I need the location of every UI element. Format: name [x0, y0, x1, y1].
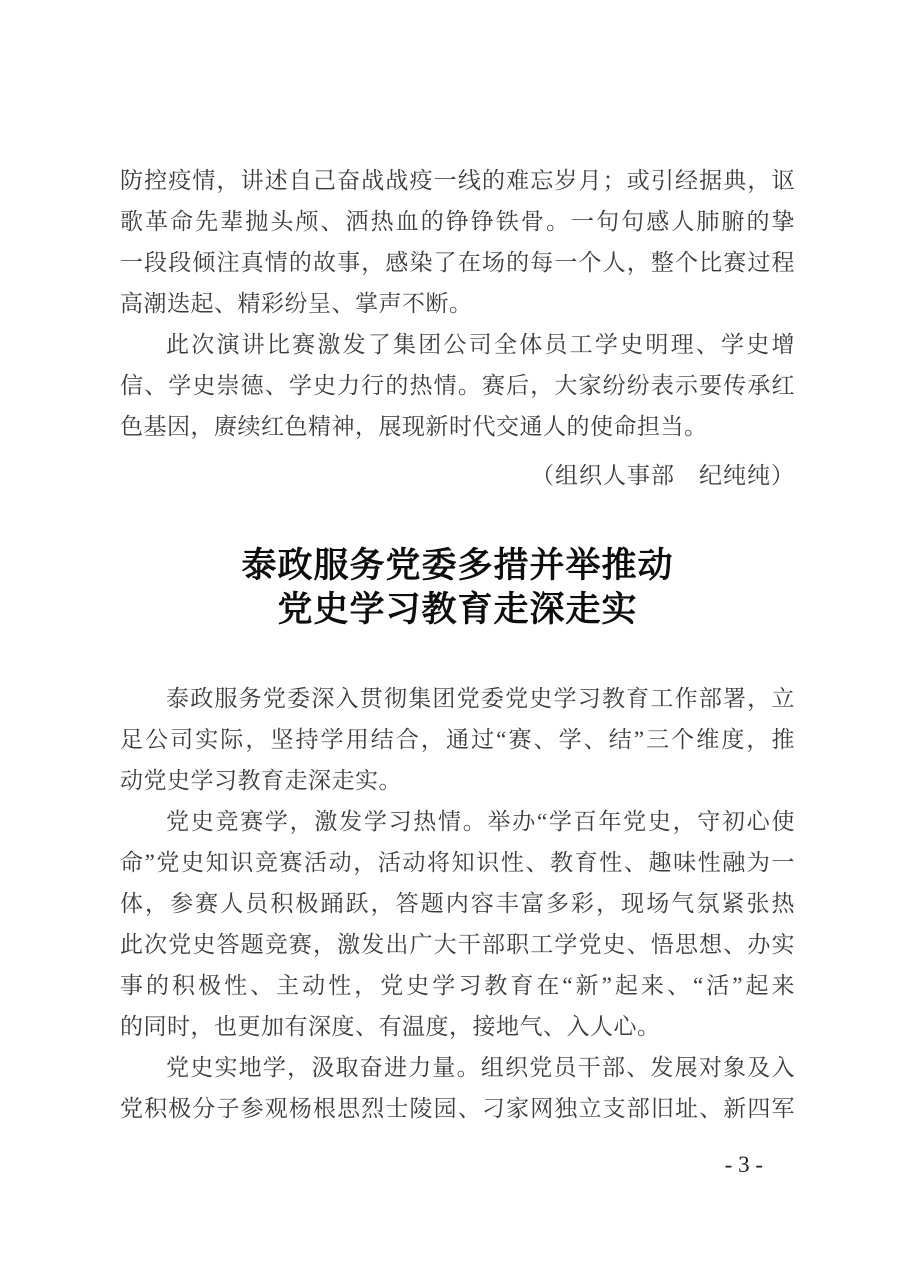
article-title-line: 泰政服务党委多措并举推动 — [120, 544, 795, 588]
document-page: 防控疫情，讲述自己奋战战疫一线的难忘岁月；或引经据典，讴歌革命先辈抛头颅、洒热血… — [0, 0, 900, 1273]
page-number: - 3 - — [725, 1152, 763, 1177]
paragraph: 党史实地学，汲取奋进力量。组织党员干部、发展对象及入党积极分子参观杨根思烈士陵园… — [120, 1047, 795, 1129]
text-line: 体，参赛人员积极踊跃，答题内容丰富多彩，现场气氛紧张热烈。 — [120, 883, 795, 924]
text-line: 高潮迭起、精彩纷呈、掌声不断。 — [120, 283, 795, 324]
page-footer: - 3 - — [120, 1150, 763, 1180]
text-line: 一段段倾注真情的故事，感染了在场的每一个人，整个比赛过程 — [120, 242, 795, 283]
text-line: 命”党史知识竞赛活动，活动将知识性、教育性、趣味性融为一 — [120, 842, 795, 883]
text-line: 歌革命先辈抛头颅、洒热血的铮铮铁骨。一句句感人肺腑的挚言， — [120, 201, 795, 242]
attribution-line: （组织人事部 纪纯纯） — [120, 455, 795, 496]
text-line: 动党史学习教育走深走实。 — [120, 760, 795, 801]
paragraph: 防控疫情，讲述自己奋战战疫一线的难忘岁月；或引经据典，讴歌革命先辈抛头颅、洒热血… — [120, 160, 795, 324]
text-line: 信、学史崇德、学史力行的热情。赛后，大家纷纷表示要传承红 — [120, 365, 795, 406]
text-line: 足公司实际，坚持学用结合，通过“赛、学、结”三个维度，推 — [120, 719, 795, 760]
article-title: 泰政服务党委多措并举推动党史学习教育走深走实 — [120, 544, 795, 632]
article-title-line: 党史学习教育走深走实 — [120, 588, 795, 632]
text-line: 党史实地学，汲取奋进力量。组织党员干部、发展对象及入 — [120, 1047, 795, 1088]
text-line: 色基因，赓续红色精神，展现新时代交通人的使命担当。 — [120, 406, 795, 447]
text-line: 此次演讲比赛激发了集团公司全体员工学史明理、学史增 — [120, 324, 795, 365]
text-line: 党积极分子参观杨根思烈士陵园、刁家网独立支部旧址、新四军 — [120, 1088, 795, 1129]
text-line: 防控疫情，讲述自己奋战战疫一线的难忘岁月；或引经据典，讴 — [120, 160, 795, 201]
text-line: 泰政服务党委深入贯彻集团党委党史学习教育工作部署，立 — [120, 678, 795, 719]
text-line: 的同时，也更加有深度、有温度，接地气、入人心。 — [120, 1006, 795, 1047]
paragraph: 泰政服务党委深入贯彻集团党委党史学习教育工作部署，立足公司实际，坚持学用结合，通… — [120, 678, 795, 801]
paragraph: 此次演讲比赛激发了集团公司全体员工学史明理、学史增信、学史崇德、学史力行的热情。… — [120, 324, 795, 447]
text-line: 事的积极性、主动性，党史学习教育在“新”起来、“活”起来 — [120, 965, 795, 1006]
text-line: 党史竞赛学，激发学习热情。举办“学百年党史，守初心使 — [120, 801, 795, 842]
paragraph: 党史竞赛学，激发学习热情。举办“学百年党史，守初心使命”党史知识竞赛活动，活动将… — [120, 801, 795, 1047]
document-body: 防控疫情，讲述自己奋战战疫一线的难忘岁月；或引经据典，讴歌革命先辈抛头颅、洒热血… — [0, 0, 900, 1129]
text-line: 此次党史答题竞赛，激发出广大干部职工学党史、悟思想、办实 — [120, 924, 795, 965]
